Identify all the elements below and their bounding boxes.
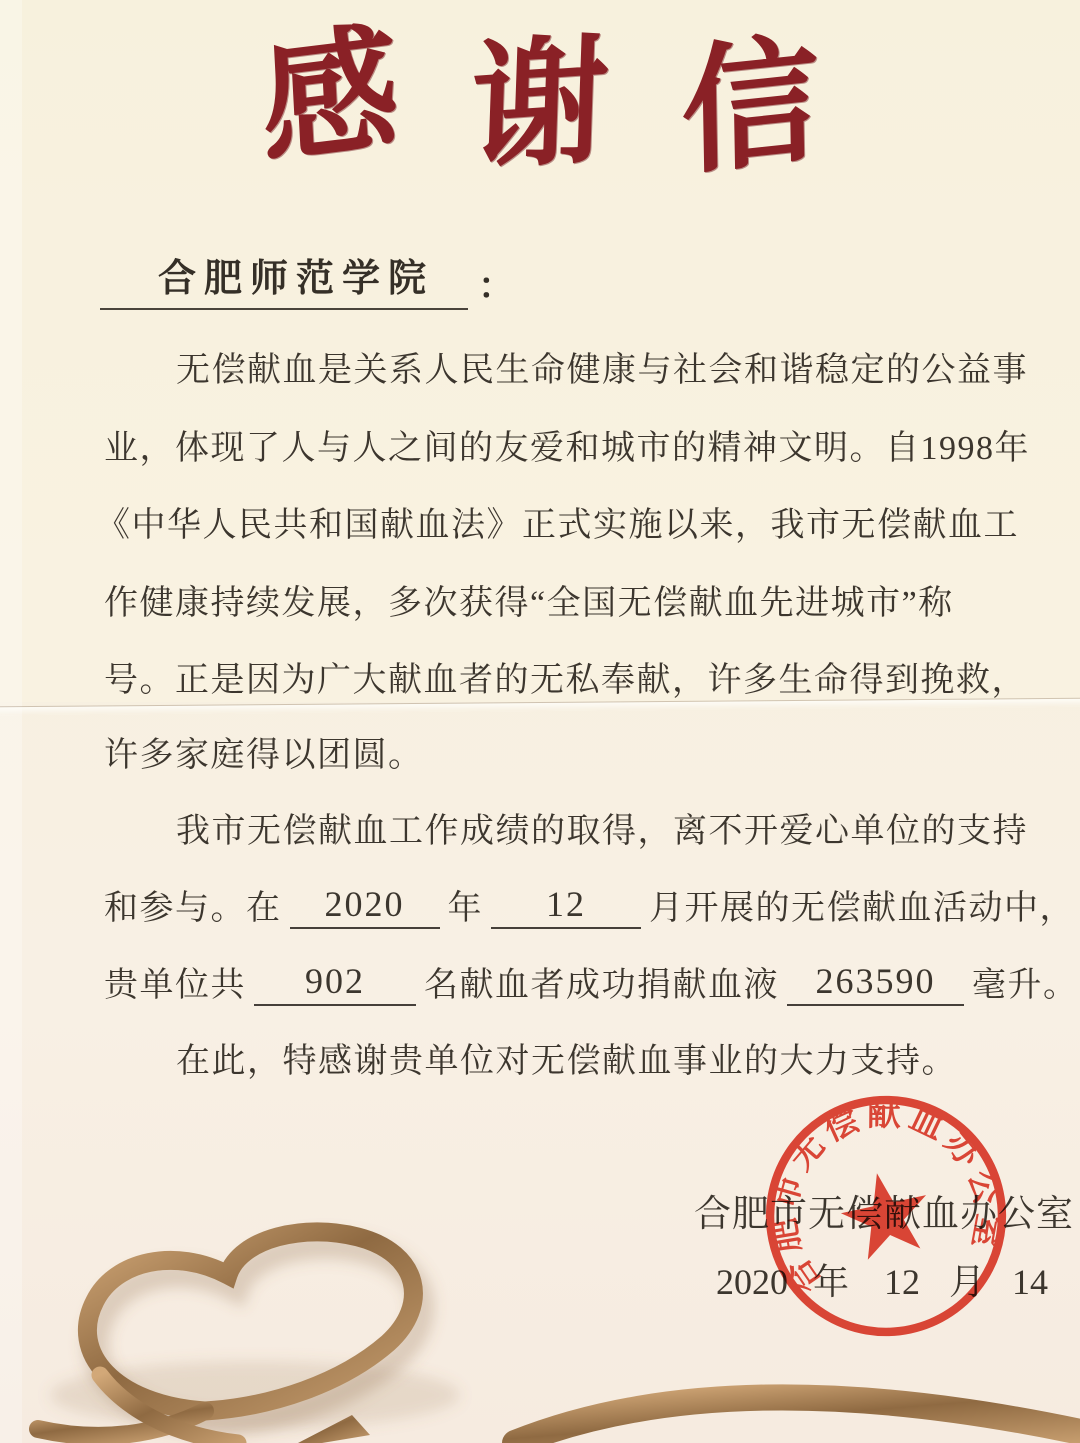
year-unit: 年 (448, 890, 484, 927)
volume-value: 263590 (816, 961, 936, 1001)
body-line-3: 《中华人民共和国献血法》正式实施以来，我市无偿献血工 (96, 497, 1019, 546)
title-char-gan: 感 (258, 14, 403, 183)
year-value: 2020 (325, 884, 405, 924)
volume-blank: 263590 (787, 960, 964, 1006)
ribbon-bottom-arc (515, 1397, 1080, 1443)
line9-prefix: 贵单位共 (104, 967, 246, 1004)
title-char-xie: 谢 (468, 25, 611, 187)
line9-mid: 名献血者成功捐献血液 (424, 967, 779, 1004)
body-line-9: 贵单位共902名献血者成功捐献血液263590毫升。 (104, 957, 1079, 1006)
body-line-1: 无偿献血是关系人民生命健康与社会和谐稳定的公益事 (176, 342, 1028, 391)
line8-prefix: 和参与。在 (104, 890, 282, 927)
body-line-5: 号。正是因为广大献血者的无私奉献，许多生命得到挽救， (104, 652, 1027, 701)
line8-suffix: 月开展的无偿献血活动中， (649, 890, 1075, 927)
recipient-colon: ： (478, 258, 514, 309)
body-line-7: 我市无偿献血工作成绩的取得，离不开爱心单位的支持 (176, 803, 1028, 852)
body-line-10: 在此，特感谢贵单位对无偿献血事业的大力支持。 (176, 1033, 957, 1082)
body-line-2: 业，体现了人与人之间的友爱和城市的精神文明。自1998年 (104, 420, 1030, 469)
official-seal: 合肥市无偿献血办公室 (737, 1067, 1036, 1366)
month-blank: 12 (491, 883, 641, 929)
body-line-6: 许多家庭得以团圆。 (104, 727, 424, 776)
title-char-xin: 信 (680, 25, 820, 192)
seal-star-icon (834, 1164, 936, 1263)
thank-you-letter-page: 感 谢 信 合肥师范学院 ： 无偿献血是关系人民生命健康与社会和谐稳定的公益事 … (0, 0, 1080, 1443)
recipient-name: 合肥师范学院 (158, 247, 434, 302)
donors-value: 902 (305, 961, 365, 1001)
line9-suffix: 毫升。 (972, 967, 1079, 1004)
letter-title: 感 谢 信 (0, 22, 1080, 174)
year-blank: 2020 (290, 883, 440, 929)
recipient-line: 合肥师范学院 (100, 250, 468, 310)
body-line-4: 作健康持续发展，多次获得“全国无偿献血先进城市”称 (104, 575, 954, 624)
month-value: 12 (546, 884, 586, 924)
body-line-8: 和参与。在2020年12月开展的无偿献血活动中， (104, 880, 1075, 929)
donors-blank: 902 (254, 960, 416, 1006)
